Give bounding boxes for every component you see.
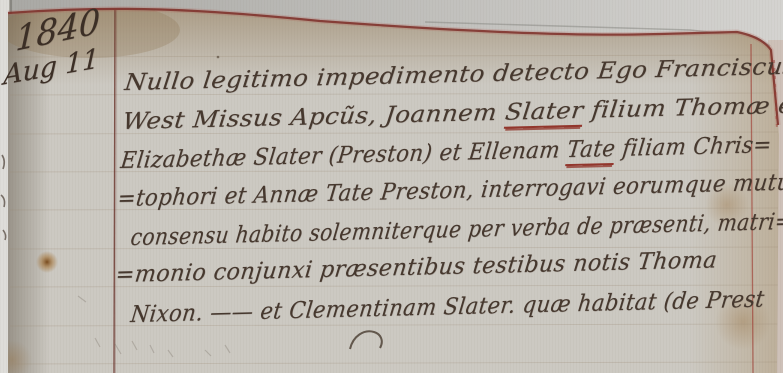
foxing-spot	[36, 251, 58, 273]
underlined-surname: Slater	[503, 98, 585, 129]
line-text: filiam Chris=	[614, 132, 773, 162]
register-photo: 1840 Aug 11 Nullo legitimo impedimento d…	[0, 0, 783, 373]
ink-speck	[217, 56, 220, 59]
line-text: filium Thomæ et	[582, 92, 783, 123]
underlined-surname: Tate	[565, 136, 616, 166]
